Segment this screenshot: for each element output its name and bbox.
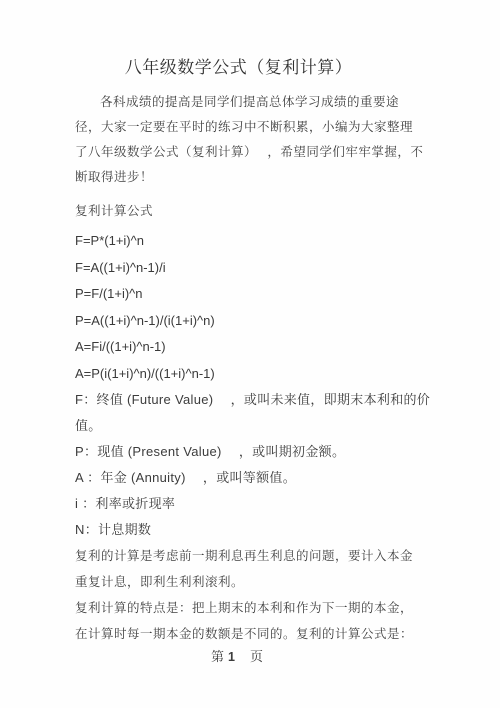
paragraph-line: 在计算时每一期本金的数额是不同的。复利的计算公式是： bbox=[75, 621, 402, 647]
formula-list: F=P*(1+i)^n F=A((1+i)^n-1)/i P=F/(1+i)^n… bbox=[75, 228, 402, 387]
intro-line: 了八年级数学公式（复利计算） ，希望同学们牢牢掌握，不 bbox=[75, 140, 402, 165]
document-content: 八年级数学公式（复利计算） 各科成绩的提高是同学们提高总体学习成绩的重要途 径，… bbox=[0, 0, 500, 647]
paragraph-line: 复利计算的特点是：把上期末的本利和作为下一期的本金， bbox=[75, 595, 402, 621]
document-page: 八年级数学公式（复利计算） 各科成绩的提高是同学们提高总体学习成绩的重要途 径，… bbox=[0, 0, 500, 708]
formula-future-value: F=P*(1+i)^n bbox=[75, 228, 402, 255]
footer-prefix: 第 bbox=[211, 649, 225, 664]
definition-n: N：计息期数 bbox=[75, 517, 402, 543]
page-footer: 第1页 bbox=[0, 646, 475, 665]
section-heading-formulas: 复利计算公式 bbox=[75, 199, 402, 224]
intro-line: 各科成绩的提高是同学们提高总体学习成绩的重要途 bbox=[75, 90, 402, 115]
definition-a: A ：年金 (Annuity) ，或叫等额值。 bbox=[75, 465, 402, 491]
definition-p: P：现值 (Present Value) ，或叫期初金额。 bbox=[75, 439, 402, 465]
page-title: 八年级数学公式（复利计算） bbox=[75, 56, 402, 80]
intro-line: 径，大家一定要在平时的练习中不断积累，小编为大家整理 bbox=[75, 115, 402, 140]
formula-present-value-annuity: P=A((1+i)^n-1)/(i(1+i)^n) bbox=[75, 308, 402, 335]
formula-annuity-from-future: A=Fi/((1+i)^n-1) bbox=[75, 334, 402, 361]
definition-f-line2: 值。 bbox=[75, 413, 402, 439]
paragraph-line: 重复计息，即利生利利滚利。 bbox=[75, 569, 402, 595]
footer-page-number: 1 bbox=[228, 650, 236, 664]
definitions-block: F：终值 (Future Value) ，或叫未来值，即期末本利和的价 值。 P… bbox=[75, 387, 402, 543]
formula-present-value: P=F/(1+i)^n bbox=[75, 281, 402, 308]
definition-i: i ：利率或折现率 bbox=[75, 491, 402, 517]
formula-annuity-from-present: A=P(i(1+i)^n)/((1+i)^n-1) bbox=[75, 361, 402, 388]
definition-f-line1: F：终值 (Future Value) ，或叫未来值，即期末本利和的价 bbox=[75, 387, 402, 413]
footer-suffix: 页 bbox=[250, 649, 264, 664]
paragraph-features: 复利计算的特点是：把上期末的本利和作为下一期的本金， 在计算时每一期本金的数额是… bbox=[75, 595, 402, 647]
formula-future-value-annuity: F=A((1+i)^n-1)/i bbox=[75, 255, 402, 282]
paragraph-line: 复利的计算是考虑前一期利息再生利息的问题，要计入本金 bbox=[75, 543, 402, 569]
paragraph-compound-interest: 复利的计算是考虑前一期利息再生利息的问题，要计入本金 重复计息，即利生利利滚利。 bbox=[75, 543, 402, 595]
intro-paragraph: 各科成绩的提高是同学们提高总体学习成绩的重要途 径，大家一定要在平时的练习中不断… bbox=[75, 90, 402, 190]
intro-line: 断取得进步！ bbox=[75, 165, 402, 190]
